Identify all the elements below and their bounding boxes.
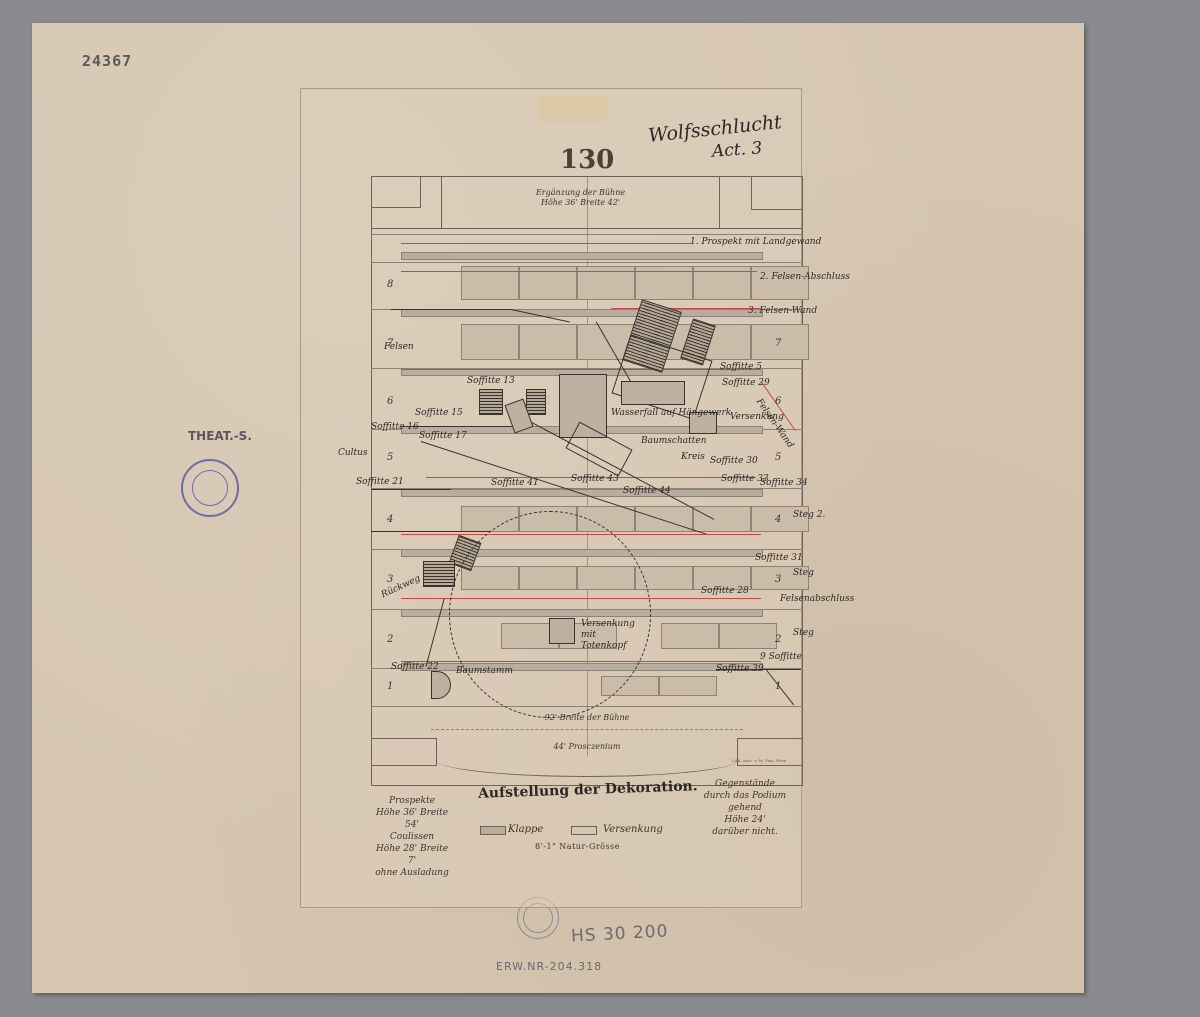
annotation: Soffitte 44 [623,486,671,496]
lithographer-credit: Lith. Anst. v. M. Fais, Wien [732,758,786,763]
annotation: Soffitte 17 [419,431,467,441]
row-number-right: 2 [775,634,781,645]
annotation: Versenkung mit Totenkopf [581,619,637,652]
annotation: Kreis [681,452,705,462]
legend-label-klappe: Klappe [508,824,543,835]
inventory-number: 24367 [82,52,132,70]
margin-annotation: Cultus [338,448,368,458]
margin-annotation: 9 Soffitte [760,652,802,662]
left-note-line: Coulissen [372,831,452,843]
row-number-right: 7 [775,338,781,349]
row-number-right: 1 [775,681,781,692]
row-number-left: 1 [387,681,393,692]
corner-box-left [371,176,421,208]
proscenium-arc [435,742,739,777]
collection-label: THEAT.-S. [188,429,252,443]
stairs [479,389,503,415]
set-line [391,309,511,310]
row-number-right: 6 [775,396,781,407]
margin-annotation: 1. Prospekt mit Landgewand [690,237,821,247]
hangwerk-box [621,381,685,405]
annotation: Soffitte 28 [701,586,749,596]
legend-swatch-klappe [480,826,506,835]
batten-bar [401,252,763,260]
red-line [611,308,761,309]
extension-label-line2: Höhe 36' Breite 42' [442,198,719,208]
margin-annotation: Felsen [384,342,414,352]
acquisition-number: ERW.NR-204.318 [496,960,602,973]
margin-annotation: Soffitte 29 [722,378,770,388]
annotation: Soffitte 41 [491,478,539,488]
left-note-line: ohne Ausladung [372,867,452,879]
stage-width-label: 92' Breite der Bühne [371,713,803,722]
annotation: Soffitte 43 [571,474,619,484]
margin-annotation: Felsenabschluss [780,594,854,604]
annotation: Baumstamm [456,666,513,676]
annotation: Soffitte 39 [716,664,764,674]
scale-label: 8'-1" Natur-Grösse [535,842,620,851]
set-line [371,489,451,490]
margin-annotation: Steg 2. [793,510,825,520]
margin-annotation: Steg [793,568,814,578]
margin-annotation: Versenkung [730,412,784,422]
right-note-line: durch das Podium gehend [690,790,800,814]
margin-annotation: Soffitte 5 [720,362,762,372]
row-number-left: 2 [387,634,393,645]
margin-annotation: Soffitte 34 [760,478,808,488]
adhesive-tape [538,96,608,122]
row-number-right: 5 [775,452,781,463]
left-legend-note: Prospekte Höhe 36' Breite 54' Coulissen … [372,795,452,879]
set-line [391,531,491,532]
extension-label-line1: Ergänzung der Bühne [442,188,719,198]
row-number-right: 4 [775,514,781,525]
stage-extension: Ergänzung der Bühne Höhe 36' Breite 42' [441,176,720,228]
annotation: Soffitte 16 [371,422,419,432]
left-note-line: Höhe 36' Breite 54' [372,807,452,831]
annotation: Soffitte 15 [415,408,463,418]
annotation: Baumschatten [641,436,707,446]
grid-line [371,234,803,235]
red-line [401,243,691,244]
annotation: Wasserfall auf Hängewerk [611,408,731,418]
set-line [371,531,391,532]
library-stamp-inner [192,470,228,506]
right-note-line: Höhe 24' [690,814,800,826]
row-number-left: 8 [387,279,393,290]
proscenium-box-left [371,738,437,766]
stage-width-line [431,729,743,730]
row-number-left: 3 [387,574,393,585]
plate-number: 130 [560,145,614,175]
margin-annotation: 3. Felsen-Wand [748,306,817,316]
margin-annotation: Soffitte 30 [710,456,758,466]
grid-line [371,262,803,263]
legend-label-versenkung: Versenkung [603,824,663,835]
magic-circle-path [449,511,651,718]
red-line [401,271,757,272]
stairs [526,389,546,415]
row-number-left: 6 [387,396,393,407]
act-label: Act. 3 [711,138,763,161]
set-line [401,426,521,427]
margin-annotation: Soffitte 31 [755,553,803,563]
rock-structure [423,561,455,587]
annotation: Soffitte 13 [467,376,515,386]
left-note-line: Prospekte [372,795,452,807]
row-number-left: 5 [387,452,393,463]
margin-annotation: Soffitte 21 [356,477,404,487]
margin-annotation: Steg [793,628,814,638]
extension-label: Ergänzung der Bühne Höhe 36' Breite 42' [442,188,719,208]
right-legend-note: Gegenstände durch das Podium gehend Höhe… [690,778,800,838]
left-note-line: Höhe 28' Breite 7' [372,843,452,867]
right-note-line: Gegenstände [690,778,800,790]
row-number-left: 4 [387,514,393,525]
stage-plan: Ergänzung der Bühne Höhe 36' Breite 42' [371,176,803,786]
row-number-right: 3 [775,574,781,585]
batten-bar [401,309,763,317]
legend-swatch-versenkung [571,826,597,835]
trap-row-2b [661,623,777,649]
library-stamp [181,459,239,517]
corner-box-right [751,176,803,210]
annotation: Soffitte 22 [391,662,439,672]
right-note-line: darüber nicht. [690,826,800,838]
margin-annotation: 2. Felsen-Abschluss [760,272,850,282]
